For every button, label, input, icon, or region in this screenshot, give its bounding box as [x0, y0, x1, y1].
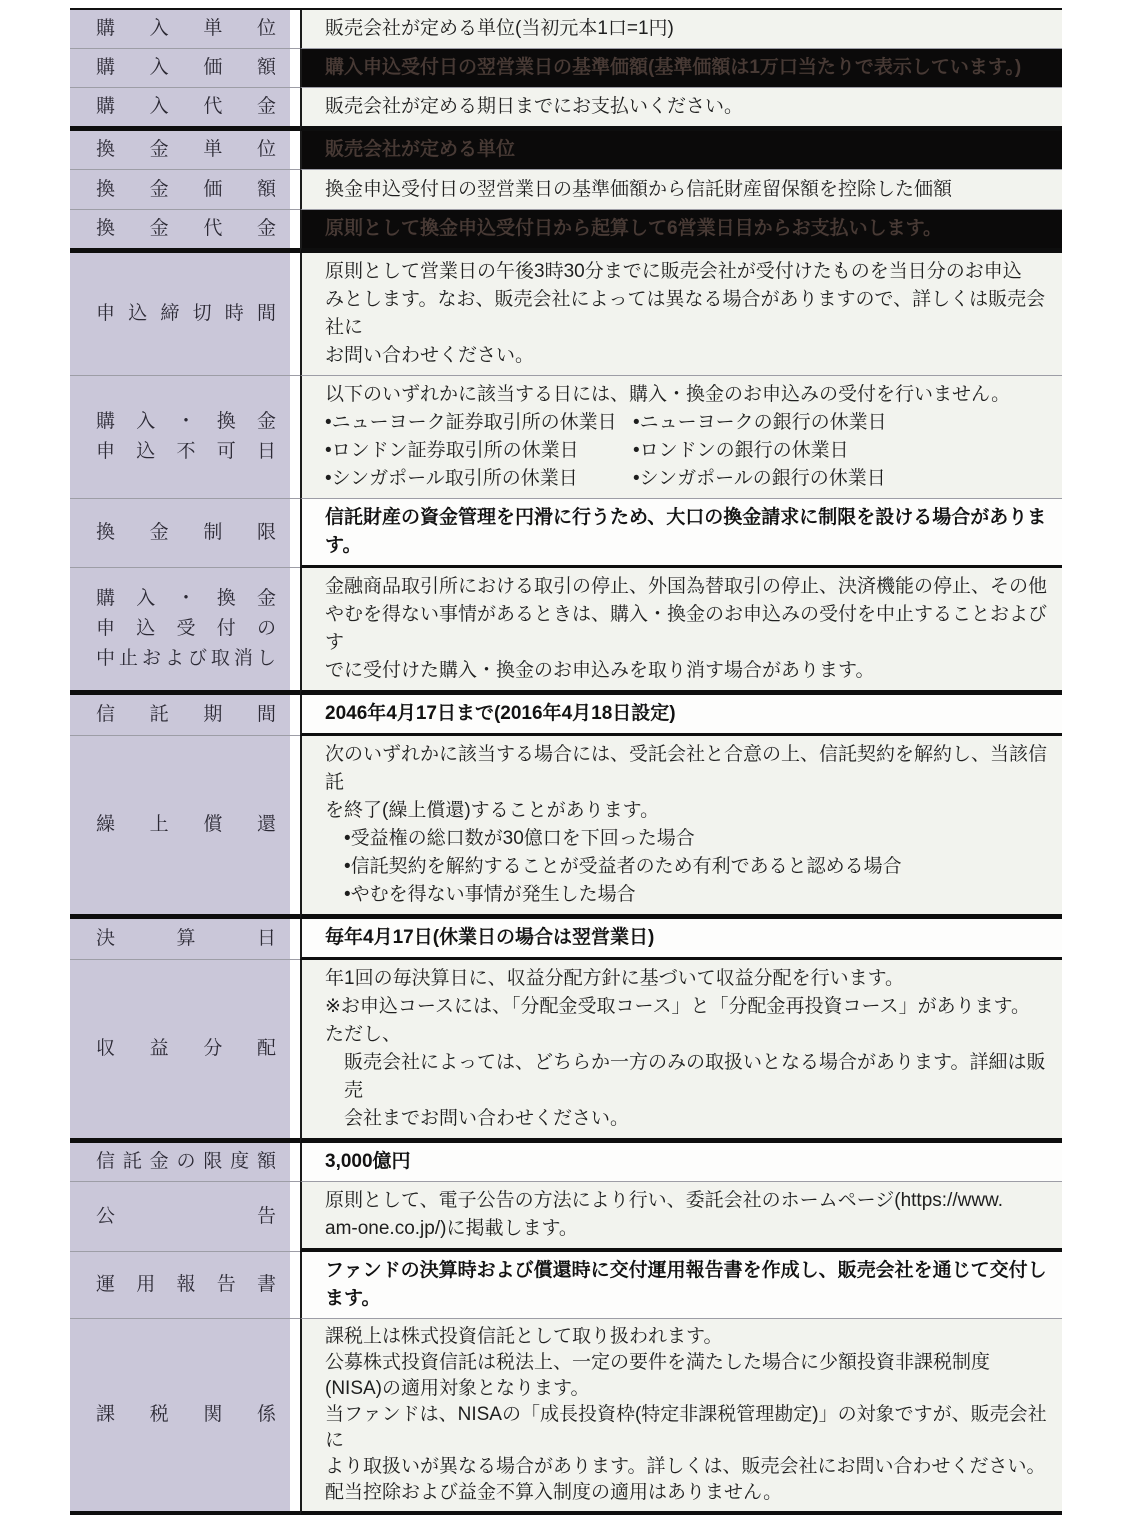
row-label: 信託期間 [70, 695, 300, 736]
row-label-text: 収益分配 [96, 1034, 276, 1064]
row-content-emphasized: 毎年4月17日(休業日の場合は翌営業日) [300, 919, 1062, 960]
row-content-line: 原則として営業日の午後3時30分までに販売会社が受付けたものを当日分のお申込 [325, 258, 1048, 286]
row-content-line: やむを得ない事情があるときは、購入・換金のお申込みの受付を中止することおよびす [325, 601, 1048, 657]
table-row-purchase-price: 購入価額 購入申込受付日の翌営業日の基準価額(基準価額は1万口当たりで表示してい… [70, 49, 1062, 88]
row-content-text: 販売会社が定める単位(当初元本1口=1円) [325, 15, 1048, 43]
row-content-text: 販売会社が定める期日までにお支払いください。 [325, 93, 1048, 121]
holiday-item: •ロンドン証券取引所の休業日 [325, 437, 633, 465]
row-label: 申込締切時間 [70, 253, 300, 376]
row-label-text: 中止および取消し [96, 644, 276, 674]
row-content-line: am-one.co.jp/)に掲載します。 [325, 1215, 1048, 1243]
table-row-purchase-payment: 購入代金 販売会社が定める期日までにお支払いください。 [70, 88, 1062, 131]
row-label-text: 購入単位 [96, 14, 276, 44]
table-row-taxation: 課税関係 課税上は株式投資信託として取り扱われます。 公募株式投資信託は税法上、… [70, 1319, 1062, 1515]
row-content-text: ファンドの決算時および償還時に交付運用報告書を作成し、販売会社を通じて交付します… [325, 1257, 1048, 1313]
row-content-line: 金融商品取引所における取引の停止、外国為替取引の停止、決済機能の停止、その他 [325, 573, 1048, 601]
row-label: 運用報告書 [70, 1252, 300, 1319]
row-label-text: 換金価額 [96, 175, 276, 205]
row-content: 年1回の毎決算日に、収益分配方針に基づいて収益分配を行います。 ※お申込コースに… [300, 960, 1062, 1143]
row-label: 購入・換金 申込受付の 中止および取消し [70, 568, 300, 695]
row-label-text: 繰上償還 [96, 810, 276, 840]
row-content-line: 販売会社によっては、どちらか一方のみの取扱いとなる場合があります。詳細は販売 [325, 1049, 1048, 1105]
row-content: 原則として営業日の午後3時30分までに販売会社が受付けたものを当日分のお申込 み… [300, 253, 1062, 376]
row-content-highlighted: 販売会社が定める単位 [300, 131, 1062, 170]
row-content: 以下のいずれかに該当する日には、購入・換金のお申込みの受付を行いません。 •ニュ… [300, 376, 1062, 499]
table-row-early-redemption: 繰上償還 次のいずれかに該当する場合には、受託会社と合意の上、信託契約を解約し、… [70, 736, 1062, 919]
row-label: 信託金の限度額 [70, 1143, 300, 1182]
table-row-trust-limit: 信託金の限度額 3,000億円 [70, 1143, 1062, 1182]
row-label: 収益分配 [70, 960, 300, 1143]
row-label-text: 運用報告書 [96, 1270, 276, 1300]
row-content-text: 原則として換金申込受付日から起算して6営業日目からお支払いします。 [325, 215, 1048, 243]
row-content-line: お問い合わせください。 [325, 342, 1048, 370]
row-label-text: 換金代金 [96, 214, 276, 244]
row-content-line: 課税上は株式投資信託として取り扱われます。 [325, 1324, 1048, 1350]
row-label: 換金制限 [70, 499, 300, 568]
row-label: 購入・換金 申込不可日 [70, 376, 300, 499]
row-content: 販売会社が定める期日までにお支払いください。 [300, 88, 1062, 131]
row-content-line: 会社までお問い合わせください。 [325, 1105, 1048, 1133]
table-row-income-distribution: 収益分配 年1回の毎決算日に、収益分配方針に基づいて収益分配を行います。 ※お申… [70, 960, 1062, 1143]
row-content-text: 毎年4月17日(休業日の場合は翌営業日) [325, 924, 1048, 952]
table-row-public-notice: 公告 原則として、電子公告の方法により行い、委託会社のホームページ(https:… [70, 1182, 1062, 1252]
row-label: 公告 [70, 1182, 300, 1252]
row-content-line: ※お申込コースには、「分配金受取コース」と「分配金再投資コース」があります。ただ… [325, 993, 1048, 1049]
row-label-text: 購入・換金 [96, 584, 276, 614]
row-label: 換金代金 [70, 210, 300, 253]
row-label: 購入価額 [70, 49, 300, 88]
table-row-settlement-date: 決算日 毎年4月17日(休業日の場合は翌営業日) [70, 919, 1062, 960]
bullet-item: •信託契約を解約することが受益者のため有利であると認める場合 [325, 853, 1048, 881]
row-label: 決算日 [70, 919, 300, 960]
row-content-line: 公募株式投資信託は税法上、一定の要件を満たした場合に少額投資非課税制度 [325, 1350, 1048, 1376]
bullet-item: •やむを得ない事情が発生した場合 [325, 881, 1048, 909]
row-label-text: 申込不可日 [96, 437, 276, 467]
row-content-emphasized: 信託財産の資金管理を円滑に行うため、大口の換金請求に制限を設ける場合があります。 [300, 499, 1062, 568]
row-label-text: 購入代金 [96, 92, 276, 122]
table-row-redemption-restriction: 換金制限 信託財産の資金管理を円滑に行うため、大口の換金請求に制限を設ける場合が… [70, 499, 1062, 568]
holiday-item: •ニューヨーク証券取引所の休業日 [325, 409, 633, 437]
row-label: 換金単位 [70, 131, 300, 170]
row-content: 課税上は株式投資信託として取り扱われます。 公募株式投資信託は税法上、一定の要件… [300, 1319, 1062, 1515]
row-label-text: 換金制限 [96, 518, 276, 548]
row-content-text: 信託財産の資金管理を円滑に行うため、大口の換金請求に制限を設ける場合があります。 [325, 504, 1048, 560]
holiday-item: •ニューヨークの銀行の休業日 [633, 409, 1048, 437]
table-row-application-deadline: 申込締切時間 原則として営業日の午後3時30分までに販売会社が受付けたものを当日… [70, 253, 1062, 376]
row-label-text: 公告 [96, 1202, 276, 1232]
row-content-line: より取扱いが異なる場合があります。詳しくは、販売会社にお問い合わせください。 [325, 1454, 1048, 1480]
row-content-highlighted: 原則として換金申込受付日から起算して6営業日目からお支払いします。 [300, 210, 1062, 253]
holiday-item: •ロンドンの銀行の休業日 [633, 437, 1048, 465]
row-label-text: 課税関係 [96, 1400, 276, 1430]
row-label-text: 購入・換金 [96, 407, 276, 437]
row-label: 課税関係 [70, 1319, 300, 1515]
table-row-redemption-unit: 換金単位 販売会社が定める単位 [70, 131, 1062, 170]
row-content-line: 以下のいずれかに該当する日には、購入・換金のお申込みの受付を行いません。 [325, 381, 1048, 409]
holiday-item: •シンガポールの銀行の休業日 [633, 465, 1048, 493]
holiday-item: •シンガポール取引所の休業日 [325, 465, 633, 493]
row-content-emphasized: 2046年4月17日まで(2016年4月18日設定) [300, 695, 1062, 736]
row-label-text: 申込受付の [96, 614, 276, 644]
row-content-text: 2046年4月17日まで(2016年4月18日設定) [325, 700, 1048, 728]
row-content-line: みとします。なお、販売会社によっては異なる場合がありますので、詳しくは販売会社に [325, 286, 1048, 342]
fund-application-memo-table: 購入単位 販売会社が定める単位(当初元本1口=1円) 購入価額 購入申込受付日の… [70, 8, 1062, 1515]
row-label-text: 決算日 [96, 924, 276, 954]
table-row-no-application-days: 購入・換金 申込不可日 以下のいずれかに該当する日には、購入・換金のお申込みの受… [70, 376, 1062, 499]
row-content: 換金申込受付日の翌営業日の基準価額から信託財産留保額を控除した価額 [300, 170, 1062, 210]
row-content-line: 年1回の毎決算日に、収益分配方針に基づいて収益分配を行います。 [325, 965, 1048, 993]
row-label: 繰上償還 [70, 736, 300, 919]
row-label-text: 換金単位 [96, 135, 276, 165]
row-content-line: 次のいずれかに該当する場合には、受託会社と合意の上、信託契約を解約し、当該信託 [325, 741, 1048, 797]
row-content: 次のいずれかに該当する場合には、受託会社と合意の上、信託契約を解約し、当該信託 … [300, 736, 1062, 919]
row-label-text: 信託期間 [96, 700, 276, 730]
row-label-text: 信託金の限度額 [96, 1147, 276, 1177]
table-row-suspension-cancellation: 購入・換金 申込受付の 中止および取消し 金融商品取引所における取引の停止、外国… [70, 568, 1062, 695]
row-label: 換金価額 [70, 170, 300, 210]
row-content: 販売会社が定める単位(当初元本1口=1円) [300, 10, 1062, 49]
table-row-redemption-payment: 換金代金 原則として換金申込受付日から起算して6営業日目からお支払いします。 [70, 210, 1062, 253]
bullet-item: •受益権の総口数が30億口を下回った場合 [325, 825, 1048, 853]
table-row-redemption-price: 換金価額 換金申込受付日の翌営業日の基準価額から信託財産留保額を控除した価額 [70, 170, 1062, 210]
row-content: 金融商品取引所における取引の停止、外国為替取引の停止、決済機能の停止、その他 や… [300, 568, 1062, 695]
row-label-text: 申込締切時間 [96, 299, 276, 329]
row-content-emphasized: 3,000億円 [300, 1143, 1062, 1182]
row-content-text: 販売会社が定める単位 [325, 136, 1048, 164]
row-content-line: を終了(繰上償還)することがあります。 [325, 797, 1048, 825]
table-row-purchase-unit: 購入単位 販売会社が定める単位(当初元本1口=1円) [70, 10, 1062, 49]
row-content: 原則として、電子公告の方法により行い、委託会社のホームページ(https://w… [300, 1182, 1062, 1252]
row-content-line: でに受付けた購入・換金のお申込みを取り消す場合があります。 [325, 657, 1048, 685]
row-content-line: 原則として、電子公告の方法により行い、委託会社のホームページ(https://w… [325, 1187, 1048, 1215]
row-content-line: 配当控除および益金不算入制度の適用はありません。 [325, 1480, 1048, 1506]
row-content-emphasized: ファンドの決算時および償還時に交付運用報告書を作成し、販売会社を通じて交付します… [300, 1252, 1062, 1319]
table-row-trust-period: 信託期間 2046年4月17日まで(2016年4月18日設定) [70, 695, 1062, 736]
row-label: 購入代金 [70, 88, 300, 131]
table-row-management-report: 運用報告書 ファンドの決算時および償還時に交付運用報告書を作成し、販売会社を通じ… [70, 1252, 1062, 1319]
row-content-highlighted: 購入申込受付日の翌営業日の基準価額(基準価額は1万口当たりで表示しています。) [300, 49, 1062, 88]
holiday-list: •ニューヨーク証券取引所の休業日 •ニューヨークの銀行の休業日 •ロンドン証券取… [325, 409, 1048, 493]
row-content-line: 当ファンドは、NISAの「成長投資枠(特定非課税管理勘定)」の対象ですが、販売会… [325, 1402, 1048, 1454]
row-content-text: 3,000億円 [325, 1148, 1048, 1176]
row-content-line: (NISA)の適用対象となります。 [325, 1376, 1048, 1402]
row-label-text: 購入価額 [96, 53, 276, 83]
row-content-text: 換金申込受付日の翌営業日の基準価額から信託財産留保額を控除した価額 [325, 176, 1048, 204]
row-label: 購入単位 [70, 10, 300, 49]
row-content-text: 購入申込受付日の翌営業日の基準価額(基準価額は1万口当たりで表示しています。) [325, 54, 1048, 82]
